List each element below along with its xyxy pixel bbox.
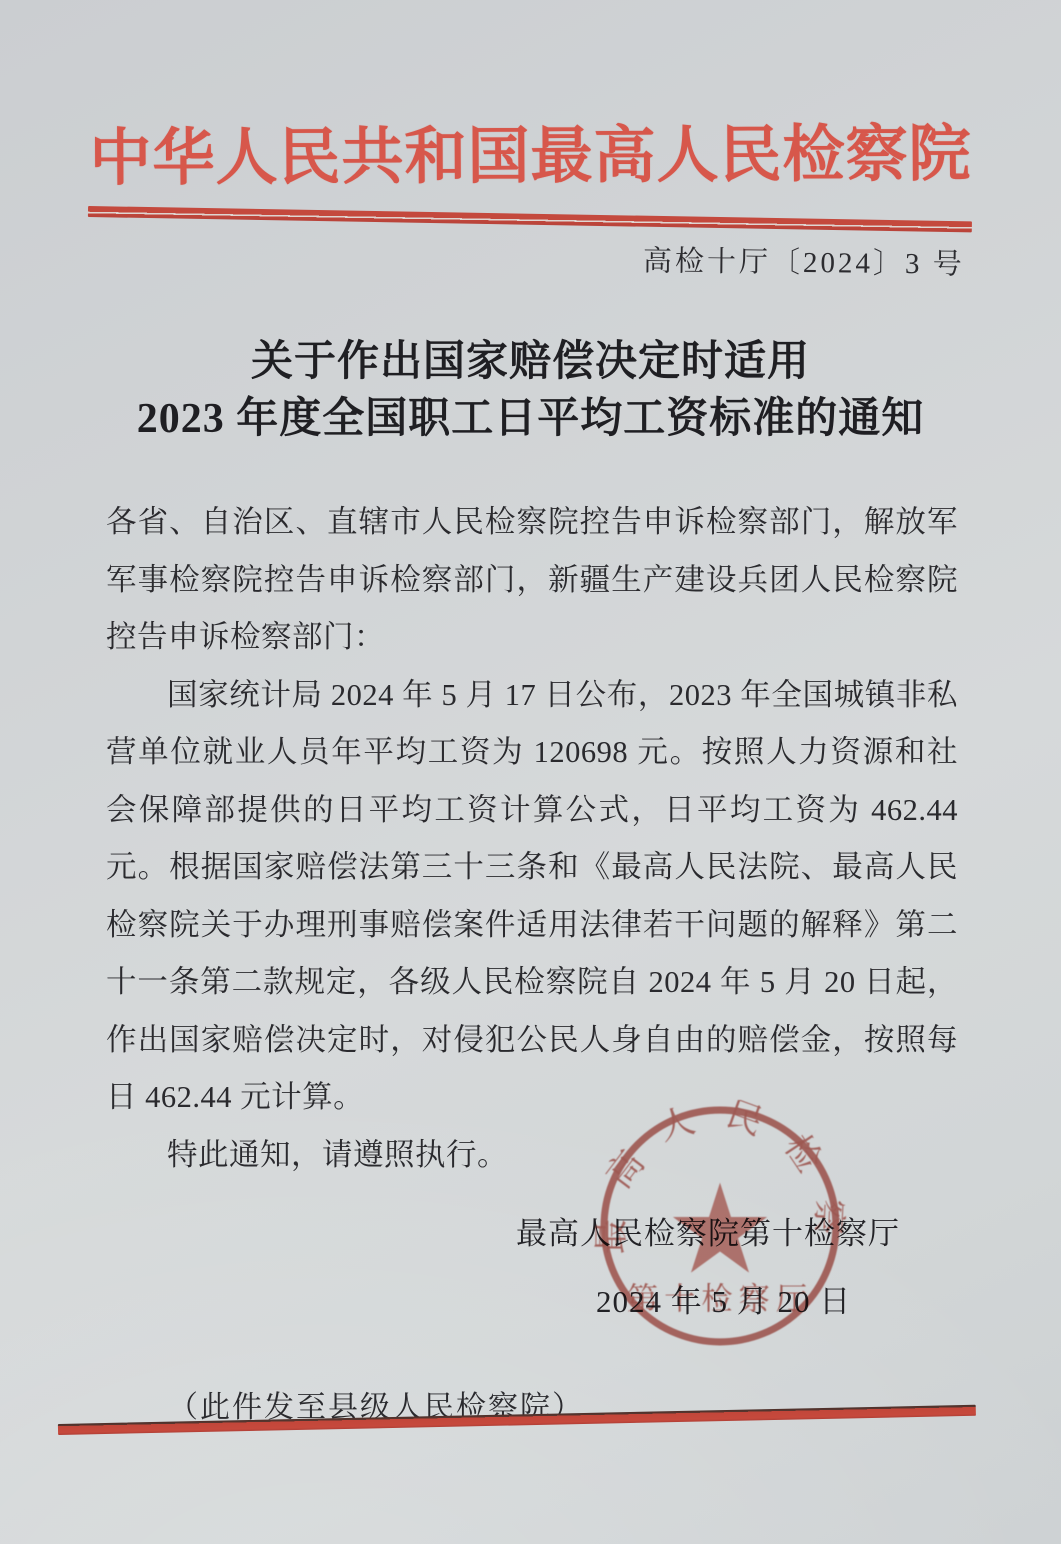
header-red-rule xyxy=(88,206,972,232)
document-title: 关于作出国家赔偿决定时适用 2023 年度全国职工日平均工资标准的通知 xyxy=(0,334,1061,448)
salutation-paragraph: 各省、自治区、直辖市人民检察院控告申诉检察部门，解放军军事检察院控告申诉检察部门… xyxy=(106,494,958,667)
closing-paragraph: 特此通知，请遵照执行。 xyxy=(106,1127,958,1185)
document-number: 高检十厅〔2024〕3 号 xyxy=(643,238,965,282)
signature-date: 2024 年 5 月 20 日 xyxy=(596,1276,851,1321)
signature-department: 最高人民检察院第十检察厅 xyxy=(516,1208,900,1253)
main-paragraph: 国家统计局 2024 年 5 月 17 日公布，2023 年全国城镇非私营单位就… xyxy=(106,667,958,1127)
issuing-org-title: 中华人民共和国最高人民检察院 xyxy=(0,103,1061,198)
document-title-line2: 2023 年度全国职工日平均工资标准的通知 xyxy=(0,391,1061,448)
document-body: 各省、自治区、直辖市人民检察院控告申诉检察部门，解放军军事检察院控告申诉检察部门… xyxy=(106,494,958,1184)
document-page: 中华人民共和国最高人民检察院 高检十厅〔2024〕3 号 关于作出国家赔偿决定时… xyxy=(0,0,1061,1544)
document-title-line1: 关于作出国家赔偿决定时适用 xyxy=(0,334,1061,391)
